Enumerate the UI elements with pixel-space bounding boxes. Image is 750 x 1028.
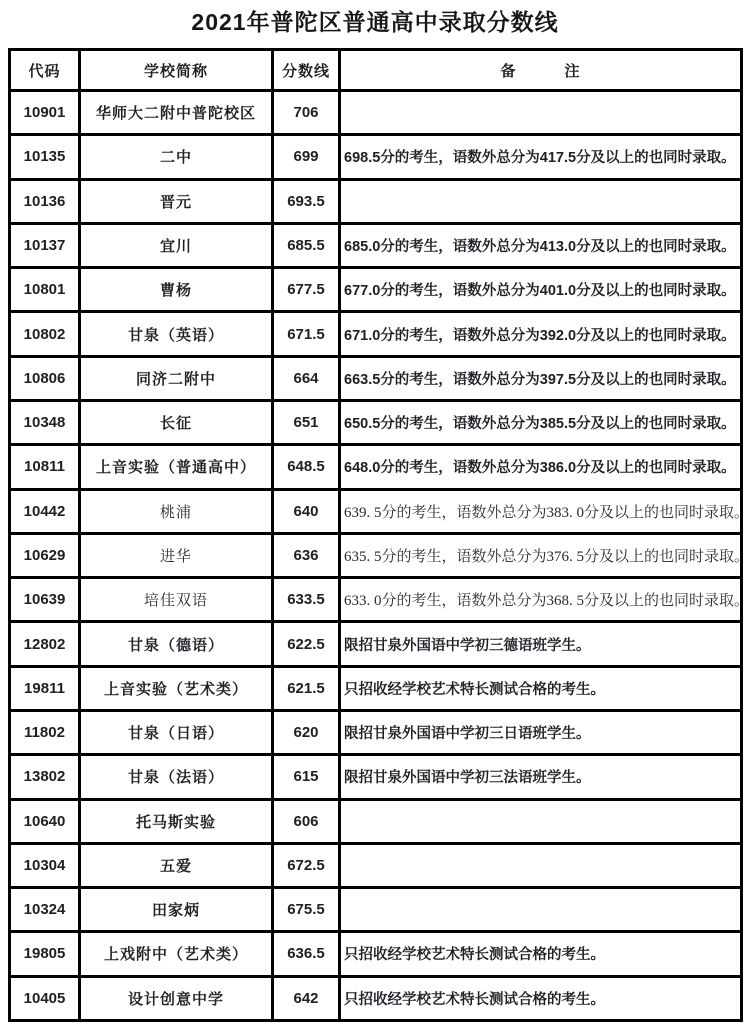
- cell-score: 620: [274, 712, 341, 753]
- table-row: 11802 甘泉（日语） 620 限招甘泉外国语中学初三日语班学生。: [11, 712, 740, 756]
- cell-code: 10806: [11, 358, 81, 399]
- table-row: 19805 上戏附中（艺术类） 636.5 只招收经学校艺术特长测试合格的考生。: [11, 933, 740, 977]
- table-row: 10639 培佳双语 633.5 633. 0分的考生，语数外总分为368. 5…: [11, 579, 740, 623]
- table-row: 10442 桃浦 640 639. 5分的考生，语数外总分为383. 0分及以上…: [11, 491, 740, 535]
- cell-code: 13802: [11, 756, 81, 797]
- cell-score: 636.5: [274, 933, 341, 974]
- table-row: 10137 宜川 685.5 685.0分的考生，语数外总分为413.0分及以上…: [11, 225, 740, 269]
- cell-code: 12802: [11, 623, 81, 664]
- cell-score: 648.5: [274, 446, 341, 487]
- table-row: 10135 二中 699 698.5分的考生，语数外总分为417.5分及以上的也…: [11, 136, 740, 180]
- header-cell-scoreline: 分数线: [274, 51, 341, 89]
- cell-code: 10901: [11, 92, 81, 133]
- cell-score: 621.5: [274, 668, 341, 709]
- cell-remark: [341, 92, 740, 133]
- cell-code: 10137: [11, 225, 81, 266]
- cell-remark: 限招甘泉外国语中学初三日语班学生。: [341, 712, 740, 753]
- cell-code: 11802: [11, 712, 81, 753]
- table-row: 19811 上音实验（艺术类） 621.5 只招收经学校艺术特长测试合格的考生。: [11, 668, 740, 712]
- cell-code: 10629: [11, 535, 81, 576]
- cell-remark: 650.5分的考生，语数外总分为385.5分及以上的也同时录取。: [341, 402, 740, 443]
- cell-remark: 648.0分的考生，语数外总分为386.0分及以上的也同时录取。: [341, 446, 740, 487]
- cell-score: 693.5: [274, 181, 341, 222]
- score-table: 代码 学校简称 分数线 备 注 10901 华师大二附中普陀校区 706 101…: [8, 48, 743, 1022]
- cell-remark: 只招收经学校艺术特长测试合格的考生。: [341, 978, 740, 1019]
- cell-score: 622.5: [274, 623, 341, 664]
- cell-name: 甘泉（法语）: [81, 756, 274, 797]
- table-row: 10806 同济二附中 664 663.5分的考生，语数外总分为397.5分及以…: [11, 358, 740, 402]
- cell-score: 633.5: [274, 579, 341, 620]
- cell-name: 上戏附中（艺术类）: [81, 933, 274, 974]
- cell-code: 19811: [11, 668, 81, 709]
- page-title: 2021年普陀区普通高中录取分数线: [0, 4, 750, 37]
- cell-score: 675.5: [274, 889, 341, 930]
- table-row: 10405 设计创意中学 642 只招收经学校艺术特长测试合格的考生。: [11, 978, 740, 1019]
- cell-score: 706: [274, 92, 341, 133]
- cell-remark: 671.0分的考生，语数外总分为392.0分及以上的也同时录取。: [341, 313, 740, 354]
- cell-score: 677.5: [274, 269, 341, 310]
- cell-remark: 633. 0分的考生，语数外总分为368. 5分及以上的也同时录取。: [341, 579, 740, 620]
- table-row: 10811 上音实验（普通高中） 648.5 648.0分的考生，语数外总分为3…: [11, 446, 740, 490]
- cell-remark: 只招收经学校艺术特长测试合格的考生。: [341, 933, 740, 974]
- cell-code: 19805: [11, 933, 81, 974]
- table-row: 10802 甘泉（英语） 671.5 671.0分的考生，语数外总分为392.0…: [11, 313, 740, 357]
- cell-remark: [341, 845, 740, 886]
- cell-name: 上音实验（艺术类）: [81, 668, 274, 709]
- cell-code: 10442: [11, 491, 81, 532]
- table-row: 13802 甘泉（法语） 615 限招甘泉外国语中学初三法语班学生。: [11, 756, 740, 800]
- cell-score: 664: [274, 358, 341, 399]
- cell-name: 华师大二附中普陀校区: [81, 92, 274, 133]
- header-cell-remark: 备 注: [341, 51, 740, 89]
- table-row: 10324 田家炳 675.5: [11, 889, 740, 933]
- cell-code: 10811: [11, 446, 81, 487]
- cell-name: 培佳双语: [81, 579, 274, 620]
- cell-remark: 663.5分的考生，语数外总分为397.5分及以上的也同时录取。: [341, 358, 740, 399]
- cell-code: 10136: [11, 181, 81, 222]
- cell-name: 长征: [81, 402, 274, 443]
- cell-code: 10304: [11, 845, 81, 886]
- cell-code: 10640: [11, 801, 81, 842]
- cell-remark: 677.0分的考生，语数外总分为401.0分及以上的也同时录取。: [341, 269, 740, 310]
- cell-name: 甘泉（日语）: [81, 712, 274, 753]
- cell-remark: 635. 5分的考生，语数外总分为376. 5分及以上的也同时录取。: [341, 535, 740, 576]
- cell-remark: [341, 181, 740, 222]
- cell-code: 10639: [11, 579, 81, 620]
- table-row: 12802 甘泉（德语） 622.5 限招甘泉外国语中学初三德语班学生。: [11, 623, 740, 667]
- cell-code: 10801: [11, 269, 81, 310]
- cell-remark: 限招甘泉外国语中学初三德语班学生。: [341, 623, 740, 664]
- cell-score: 636: [274, 535, 341, 576]
- cell-remark: 685.0分的考生，语数外总分为413.0分及以上的也同时录取。: [341, 225, 740, 266]
- cell-code: 10348: [11, 402, 81, 443]
- cell-remark: 限招甘泉外国语中学初三法语班学生。: [341, 756, 740, 797]
- cell-code: 10802: [11, 313, 81, 354]
- cell-name: 五爱: [81, 845, 274, 886]
- cell-score: 606: [274, 801, 341, 842]
- table-row: 10304 五爱 672.5: [11, 845, 740, 889]
- table-row: 10136 晋元 693.5: [11, 181, 740, 225]
- cell-remark: 698.5分的考生，语数外总分为417.5分及以上的也同时录取。: [341, 136, 740, 177]
- cell-name: 上音实验（普通高中）: [81, 446, 274, 487]
- table-row: 10801 曹杨 677.5 677.0分的考生，语数外总分为401.0分及以上…: [11, 269, 740, 313]
- cell-score: 640: [274, 491, 341, 532]
- table-row: 10901 华师大二附中普陀校区 706: [11, 92, 740, 136]
- cell-remark: 639. 5分的考生，语数外总分为383. 0分及以上的也同时录取。: [341, 491, 740, 532]
- cell-name: 晋元: [81, 181, 274, 222]
- table-row: 10640 托马斯实验 606: [11, 801, 740, 845]
- cell-name: 曹杨: [81, 269, 274, 310]
- header-cell-code: 代码: [11, 51, 81, 89]
- cell-score: 699: [274, 136, 341, 177]
- cell-remark: [341, 801, 740, 842]
- cell-name: 同济二附中: [81, 358, 274, 399]
- cell-score: 685.5: [274, 225, 341, 266]
- cell-score: 651: [274, 402, 341, 443]
- cell-score: 672.5: [274, 845, 341, 886]
- cell-name: 进华: [81, 535, 274, 576]
- document-page: 2021年普陀区普通高中录取分数线 代码 学校简称 分数线 备 注 10901 …: [0, 0, 750, 1028]
- table-header-row: 代码 学校简称 分数线 备 注: [11, 51, 740, 92]
- cell-code: 10324: [11, 889, 81, 930]
- cell-score: 615: [274, 756, 341, 797]
- cell-remark: [341, 889, 740, 930]
- header-cell-school: 学校简称: [81, 51, 274, 89]
- cell-name: 二中: [81, 136, 274, 177]
- cell-code: 10135: [11, 136, 81, 177]
- cell-code: 10405: [11, 978, 81, 1019]
- table-row: 10629 进华 636 635. 5分的考生，语数外总分为376. 5分及以上…: [11, 535, 740, 579]
- cell-name: 宜川: [81, 225, 274, 266]
- cell-name: 甘泉（英语）: [81, 313, 274, 354]
- cell-score: 671.5: [274, 313, 341, 354]
- cell-score: 642: [274, 978, 341, 1019]
- cell-name: 桃浦: [81, 491, 274, 532]
- cell-name: 甘泉（德语）: [81, 623, 274, 664]
- table-row: 10348 长征 651 650.5分的考生，语数外总分为385.5分及以上的也…: [11, 402, 740, 446]
- cell-remark: 只招收经学校艺术特长测试合格的考生。: [341, 668, 740, 709]
- cell-name: 托马斯实验: [81, 801, 274, 842]
- cell-name: 设计创意中学: [81, 978, 274, 1019]
- cell-name: 田家炳: [81, 889, 274, 930]
